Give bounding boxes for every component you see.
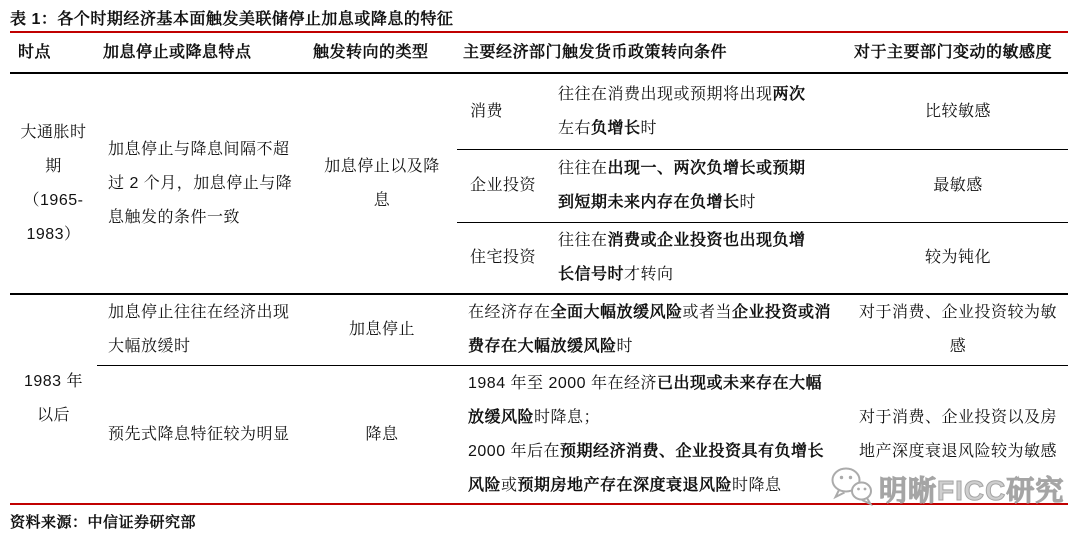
feature-cell-rate-cut: 预先式降息特征较为明显 (97, 366, 307, 503)
condition-cell-residential-investment: 往往在消费或企业投资也出现负增长信号时才转向 (550, 223, 848, 295)
header-condition: 主要经济部门触发货币政策转向条件 (457, 34, 848, 74)
condition-cell-rate-cut: 1984 年至 2000 年在经济已出现或未来存在大幅放缓风险时降息；2000 … (457, 366, 848, 503)
sector-cell-consumption: 消费 (457, 74, 550, 150)
header-time: 时点 (10, 34, 97, 74)
header-sensitivity: 对于主要部门变动的敏感度 (848, 34, 1068, 74)
feature-text: 加息停止与降息间隔不超过 2 个月，加息停止与降息触发的条件一致 (108, 133, 298, 235)
feature-cell-s1: 加息停止与降息间隔不超过 2 个月，加息停止与降息触发的条件一致 (97, 74, 307, 295)
title-rule (10, 31, 1068, 33)
watermark: 明晰FICC研究 (830, 466, 1064, 511)
condition-cell-consumption: 往往在消费出现或预期将出现两次左右负增长时 (550, 74, 848, 150)
feature-cell-rate-pause: 加息停止往往在经济出现大幅放缓时 (97, 295, 307, 366)
condition-cell-rate-pause: 在经济存在全面大幅放缓风险或者当企业投资或消费存在大幅放缓风险时 (457, 295, 848, 366)
sensitivity-cell-residential-investment: 较为钝化 (848, 223, 1068, 295)
pivot-type-cell-s1: 加息停止以及降息 (307, 74, 457, 295)
sector-cell-business-investment: 企业投资 (457, 150, 550, 223)
sensitivity-cell-rate-pause: 对于消费、企业投资较为敏感 (848, 295, 1068, 366)
pivot-type-cell-rate-pause: 加息停止 (307, 295, 457, 366)
header-feature: 加息停止或降息特点 (97, 34, 307, 74)
period-cell-after-1983: 1983 年 以后 (10, 295, 97, 503)
condition-text: 往往在出现一、两次负增长或预期到短期未来内存在负增长时 (558, 152, 816, 220)
condition-text: 往往在消费出现或预期将出现两次左右负增长时 (558, 78, 816, 146)
header-pivot-type: 触发转向的类型 (307, 34, 457, 74)
sensitivity-cell-business-investment: 最敏感 (848, 150, 1068, 223)
pivot-type-cell-rate-cut: 降息 (307, 366, 457, 503)
feature-text: 预先式降息特征较为明显 (108, 418, 290, 452)
page: 表 1：各个时期经济基本面触发美联储停止加息或降息的特征 时点 加息停止或降息特… (0, 0, 1080, 538)
condition-text: 往往在消费或企业投资也出现负增长信号时才转向 (558, 224, 816, 292)
sector-cell-residential-investment: 住宅投资 (457, 223, 550, 295)
condition-cell-business-investment: 往往在出现一、两次负增长或预期到短期未来内存在负增长时 (550, 150, 848, 223)
sensitivity-cell-consumption: 比较敏感 (848, 74, 1068, 150)
feature-text: 加息停止往往在经济出现大幅放缓时 (108, 296, 298, 364)
fed-policy-table: 时点 加息停止或降息特点 触发转向的类型 主要经济部门触发货币政策转向条件 对于… (10, 34, 1068, 503)
condition-text: 1984 年至 2000 年在经济已出现或未来存在大幅放缓风险时降息；2000 … (468, 367, 836, 503)
pivot-type-text: 加息停止以及降息 (319, 150, 445, 218)
table-title: 表 1：各个时期经济基本面触发美联储停止加息或降息的特征 (10, 6, 453, 29)
wechat-icon (830, 466, 874, 511)
period-cell-great-inflation: 大通胀时 期 （1965- 1983） (10, 74, 97, 295)
source-note: 资料来源：中信证券研究部 (10, 511, 196, 532)
watermark-text: 明晰FICC研究 (879, 469, 1064, 509)
condition-text: 在经济存在全面大幅放缓风险或者当企业投资或消费存在大幅放缓风险时 (468, 296, 836, 364)
